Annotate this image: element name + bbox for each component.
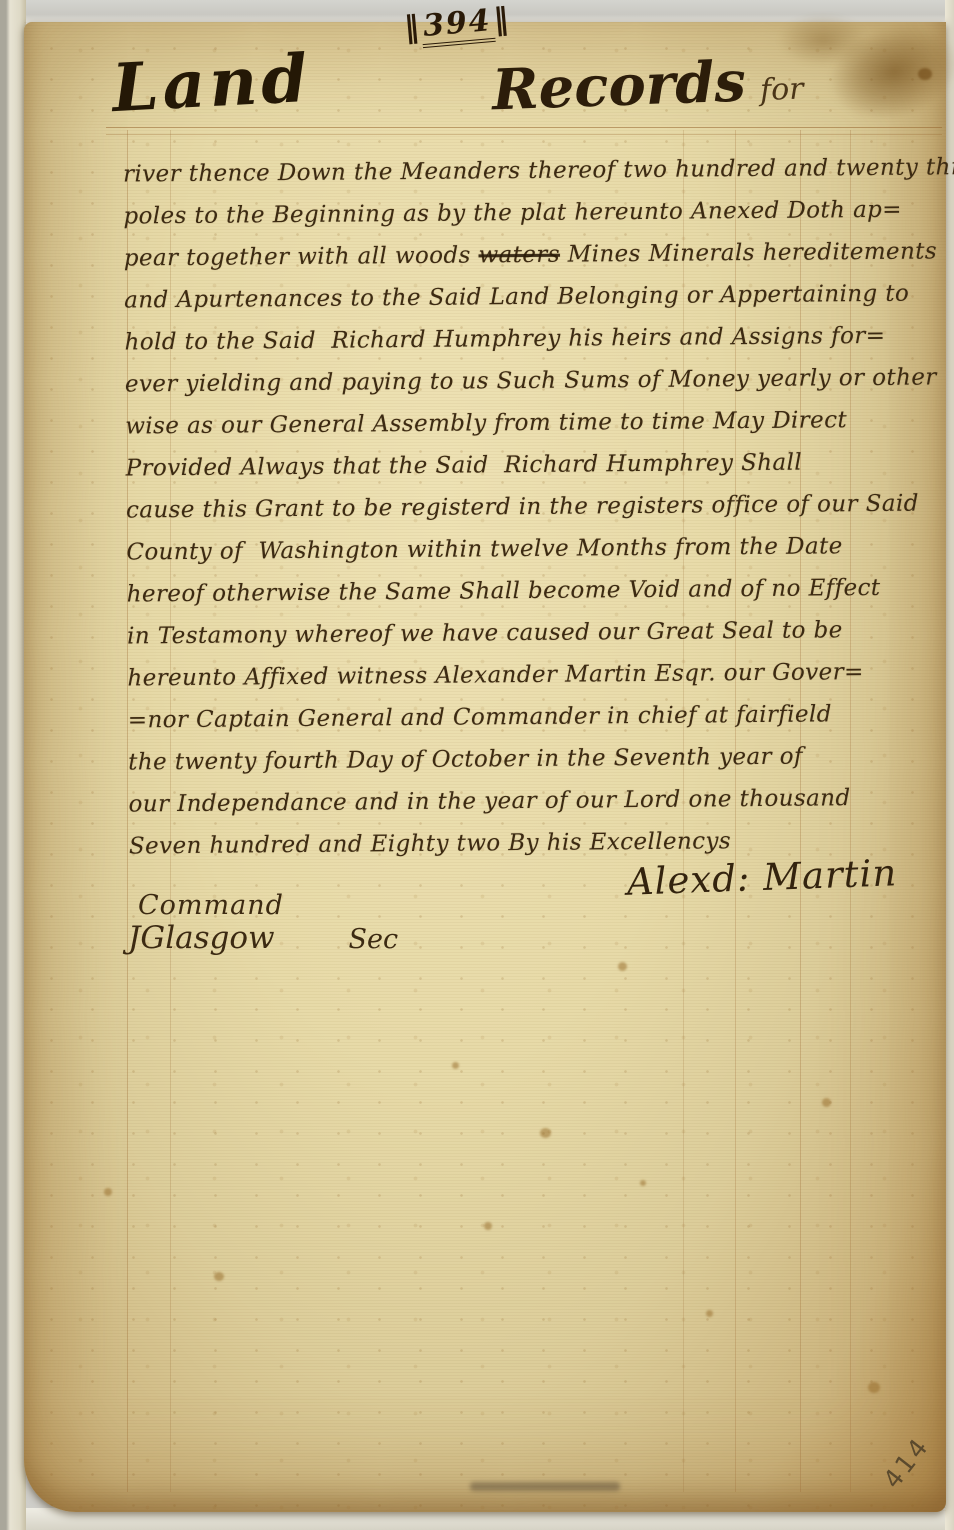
- manuscript-line: County of Washington within twelve Month…: [126, 525, 926, 574]
- command-label: Command: [138, 890, 284, 921]
- manuscript-line: and Apurtenances to the Said Land Belong…: [124, 273, 924, 322]
- manuscript-body: river thence Down the Meanders thereof t…: [123, 147, 929, 868]
- manuscript-line: hereof otherwise the Same Shall become V…: [127, 567, 927, 616]
- line-text: in Testamony whereof we have caused our …: [127, 617, 843, 649]
- line-text: the twenty fourth Day of October in the …: [128, 744, 803, 776]
- smudge-bottom: [470, 1482, 620, 1491]
- line-text: our Independance and in the year of our …: [128, 785, 850, 817]
- manuscript-line: ever yielding and paying to us Such Sums…: [125, 357, 925, 406]
- line-text: =nor Captain General and Commander in ch…: [128, 701, 832, 733]
- line-text: and Apurtenances to the Said Land Belong…: [124, 281, 909, 314]
- manuscript-line: the twenty fourth Day of October in the …: [128, 735, 928, 784]
- page-number-bar-right: ‖: [492, 1, 512, 37]
- manuscript-line: river thence Down the Meanders thereof t…: [123, 147, 923, 196]
- manuscript-line: Provided Always that the Said Richard Hu…: [125, 441, 925, 490]
- manuscript-page-scan: ‖394‖ Land Records for river thence Down…: [0, 0, 954, 1530]
- manuscript-line: cause this Grant to be registerd in the …: [126, 483, 926, 532]
- manuscript-line: hereunto Affixed witness Alexander Marti…: [127, 651, 927, 700]
- manuscript-line: in Testamony whereof we have caused our …: [127, 609, 927, 658]
- page-title-land: Land: [110, 39, 313, 127]
- line-text: ever yielding and paying to us Such Sums…: [125, 364, 937, 397]
- manuscript-line: pear together with all woods waters Mine…: [124, 231, 924, 280]
- line-text: County of Washington within twelve Month…: [126, 533, 843, 565]
- page-title-records: Records for: [491, 47, 804, 124]
- page-title-records-word: Records: [491, 49, 747, 124]
- line-text: hereof otherwise the Same Shall become V…: [127, 575, 881, 608]
- scan-right-edge: [945, 0, 954, 1530]
- line-text: hereunto Affixed witness Alexander Marti…: [127, 659, 863, 691]
- line-text: hold to the Said Richard Humphrey his he…: [124, 323, 885, 356]
- line-text: pear together with all woods: [124, 242, 479, 271]
- manuscript-line: our Independance and in the year of our …: [128, 776, 928, 825]
- secretary-title: Sec: [349, 924, 399, 955]
- manuscript-line: wise as our General Assembly from time t…: [125, 399, 925, 448]
- struck-word: waters: [478, 242, 560, 269]
- line-text: Seven hundred and Eighty two By his Exce…: [129, 828, 731, 859]
- line-text: river thence Down the Meanders thereof t…: [123, 154, 954, 188]
- line-text: Provided Always that the Said Richard Hu…: [126, 450, 803, 482]
- book-binding-edge: [0, 0, 26, 1530]
- secretary-signature: JGlasgow: [128, 920, 275, 956]
- manuscript-line: poles to the Beginning as by the plat he…: [123, 189, 923, 238]
- line-text: poles to the Beginning as by the plat he…: [123, 197, 902, 230]
- line-text: cause this Grant to be registerd in the …: [126, 491, 919, 524]
- line-text: Mines Minerals hereditements: [560, 238, 937, 267]
- page-number-value: 394: [420, 3, 496, 48]
- secretary-signature-row: JGlasgow Sec: [128, 920, 398, 956]
- page-title-for-word: for: [759, 72, 804, 108]
- manuscript-line: hold to the Said Richard Humphrey his he…: [124, 315, 924, 364]
- manuscript-line: =nor Captain General and Commander in ch…: [128, 693, 928, 742]
- line-text: wise as our General Assembly from time t…: [125, 407, 847, 439]
